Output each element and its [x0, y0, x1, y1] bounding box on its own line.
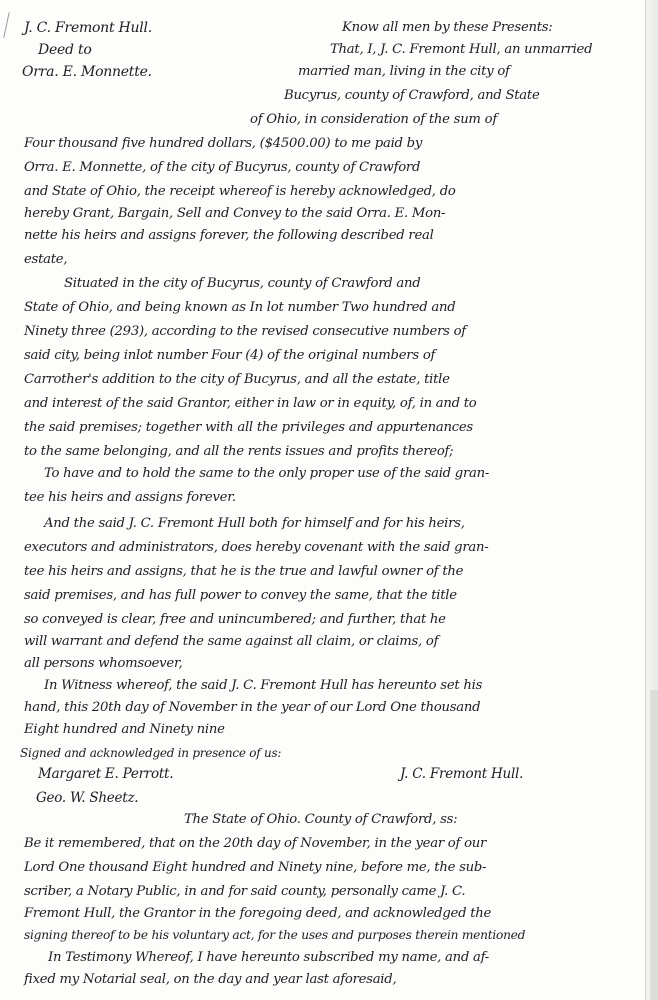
deed-line: In Witness whereof, the said J. C. Fremo…: [44, 678, 482, 693]
deed-line: estate,: [24, 252, 67, 267]
deed-line: executors and administrators, does hereb…: [24, 540, 488, 555]
deed-line: Four thousand five hundred dollars, ($45…: [24, 136, 422, 151]
deed-line: said premises, and has full power to con…: [24, 588, 457, 603]
acknowledgment-line: signing thereof to be his voluntary act,…: [24, 928, 525, 942]
page-edge-shadow: [650, 690, 658, 1000]
deed-line: State of Ohio, and being known as In lot…: [24, 300, 455, 315]
heading-deed-to: Deed to: [38, 42, 92, 58]
deed-line: said city, being inlot number Four (4) o…: [24, 348, 435, 363]
margin-check-mark: [3, 12, 9, 38]
deed-line: all persons whomsoever,: [24, 656, 183, 671]
deed-line: Ninety three (293), according to the rev…: [24, 324, 466, 339]
deed-page: J. C. Fremont Hull. Deed to Orra. E. Mon…: [0, 0, 658, 1000]
deed-line: To have and to hold the same to the only…: [44, 466, 489, 481]
witness-label: Signed and acknowledged in presence of u…: [20, 746, 281, 760]
deed-line: the said premises; together with all the…: [24, 420, 473, 435]
deed-line: so conveyed is clear, free and unincumbe…: [24, 612, 446, 627]
grantor-signature: J. C. Fremont Hull.: [400, 766, 523, 782]
deed-line: tee his heirs and assigns forever.: [24, 490, 236, 505]
acknowledgment-line: scriber, a Notary Public, in and for sai…: [24, 884, 465, 899]
acknowledgment-venue: The State of Ohio. County of Crawford, s…: [184, 812, 457, 827]
deed-line: Know all men by these Presents:: [342, 20, 553, 35]
deed-line: Orra. E. Monnette, of the city of Bucyru…: [24, 160, 420, 175]
deed-line: and interest of the said Grantor, either…: [24, 396, 477, 411]
deed-line: That, I, J. C. Fremont Hull, an unmarrie…: [330, 42, 592, 57]
deed-line: And the said J. C. Fremont Hull both for…: [44, 516, 465, 531]
heading-grantee: Orra. E. Monnette.: [22, 64, 152, 80]
heading-grantor: J. C. Fremont Hull.: [24, 20, 152, 36]
acknowledgment-line: Be it remembered, that on the 20th day o…: [24, 836, 486, 851]
deed-line: Bucyrus, county of Crawford, and State: [284, 88, 540, 103]
acknowledgment-line: In Testimony Whereof, I have hereunto su…: [48, 950, 489, 965]
deed-line: Carrother's addition to the city of Bucy…: [24, 372, 450, 387]
acknowledgment-line: fixed my Notarial seal, on the day and y…: [24, 972, 396, 987]
deed-line: will warrant and defend the same against…: [24, 634, 438, 649]
deed-line: Eight hundred and Ninety nine: [24, 722, 225, 737]
acknowledgment-line: Lord One thousand Eight hundred and Nine…: [24, 860, 486, 875]
acknowledgment-line: Fremont Hull, the Grantor in the foregoi…: [24, 906, 491, 921]
deed-line: married man, living in the city of: [298, 64, 510, 79]
deed-line: nette his heirs and assigns forever, the…: [24, 228, 434, 243]
witness-signature-2: Geo. W. Sheetz.: [36, 790, 138, 806]
deed-line: to the same belonging, and all the rents…: [24, 444, 453, 459]
deed-line: hereby Grant, Bargain, Sell and Convey t…: [24, 206, 445, 221]
deed-line: tee his heirs and assigns, that he is th…: [24, 564, 463, 579]
deed-line: hand, this 20th day of November in the y…: [24, 700, 480, 715]
deed-line: and State of Ohio, the receipt whereof i…: [24, 184, 456, 199]
witness-signature-1: Margaret E. Perrott.: [38, 766, 173, 782]
deed-line: Situated in the city of Bucyrus, county …: [64, 276, 420, 291]
deed-line: of Ohio, in consideration of the sum of: [250, 112, 497, 127]
